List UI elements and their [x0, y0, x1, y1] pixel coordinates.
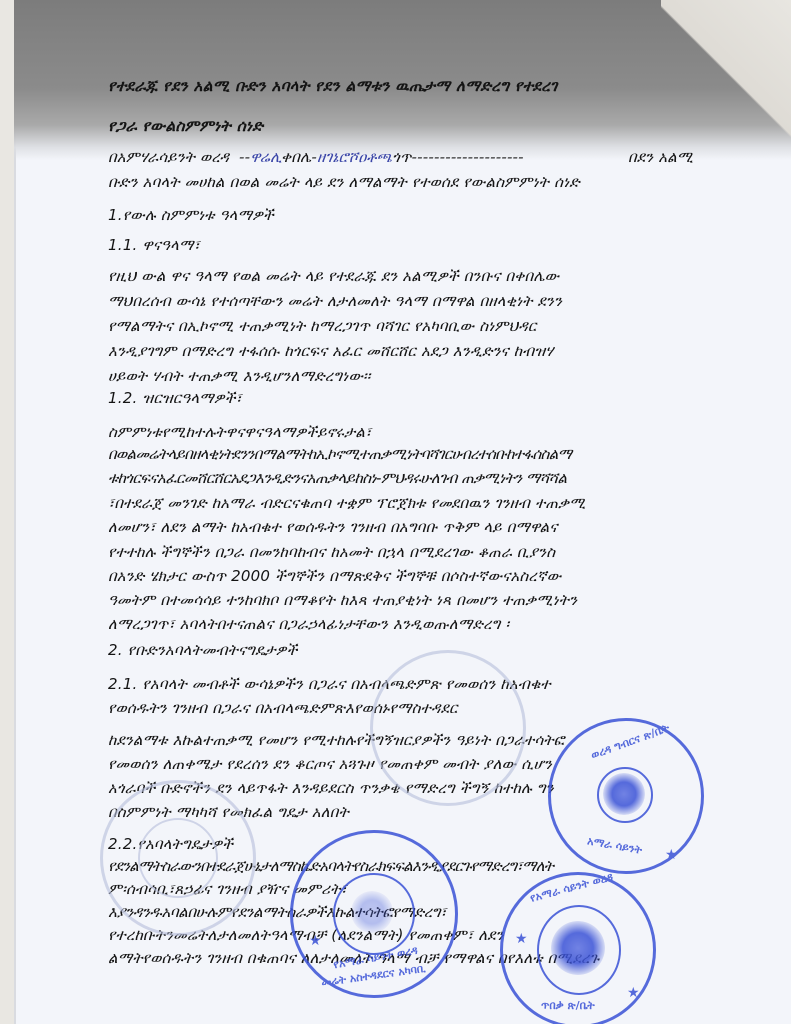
intro-prefix: በአምሃራሳይንት ወረዳ [108, 148, 229, 166]
star-icon: ★ [665, 847, 678, 863]
document-title-line2: የጋራ የውልስምምነት ሰነድ [108, 117, 708, 136]
stamp-label-bottom: አማራ ሳይንት [586, 834, 643, 857]
faint-stamp [100, 780, 256, 936]
section-1-heading: 1.የውሉ ስምምነቱ ዓላማዎች [108, 206, 708, 224]
star-icon: ★ [309, 933, 322, 949]
official-stamp-protection: ★ ★ የአማራ ሳይንት ወረዳ ጥበቃ ጽ/ቤት [500, 872, 656, 1024]
intro-suffix: በደን አልሚ [628, 148, 693, 166]
gote-label: ጎጥ [392, 148, 411, 166]
emblem-icon [351, 891, 393, 933]
section-1-2-line: ለመሆን፣ ለደን ልማት ከአብቁተ የወሰዱትን ገንዘብ በአግባቡ ጥቅ… [108, 518, 708, 536]
section-1-1-line: የማልማትና በኢኮኖሚ ተጠቃሚነት ከማረጋገጥ ባሻገር የአካባቢው ስ… [108, 317, 708, 335]
section-1-1-heading: 1.1. ዋናዓላማ፣ [108, 236, 708, 254]
official-stamp-land-admin: ★ የአማራ ሳይንት ወረዳ መሬት አስተዳደርና አካባቢ [290, 830, 458, 998]
star-icon: ★ [627, 985, 640, 1001]
section-1-2-line: ቱከጎርፍናአፈርመሸርሸርአደጋእንዲድንናአጠቃላይከስነ-ምህዳሩሁለገብ… [108, 469, 708, 487]
stamp-label-bottom: ጥበቃ ጽ/ቤት [541, 999, 595, 1013]
section-1-1-line: ማህበረሰብ ውሳኔ የተሰጣቸውን መሬት ለታለመለት ዓላማ በማዋል በ… [108, 292, 708, 310]
section-2-heading: 2. የቡድንአባላትመብትናግዴታዎች [108, 641, 708, 659]
official-stamp-agriculture: ወረዳ ግብርና ጽ/ቤት አማራ ሳይንት ★ [548, 718, 704, 874]
section-1-2-line: ፣በተደራጀ መንገድ ከአማራ ብድርናቁጠባ ተቋም ፕሮጀክቱ የመደበዉ… [108, 494, 708, 512]
section-1-2-line: የተተከሉ ችግኞችን በጋራ በመንከባከብና ከአመት በኋላ በሚደረገው… [108, 543, 708, 561]
stamp-label-top: ወረዳ ግብርና ጽ/ቤት [589, 721, 671, 762]
section-1-2-heading: 1.2. ዝርዝርዓላማዎች፣ [108, 389, 708, 407]
faint-stamp [370, 650, 526, 806]
section-1-2-line: በወልመሬትላይበዘላቂነትደንንበማልማትከኢኮኖሚተጠቃሚነትባሻገርሀብረ… [108, 445, 708, 463]
intro-line1: በአምሃራሳይንት ወረዳ --ዋሬሊቀበሌ-ዘገኔሮሾዐቶጫጎጥ-------… [108, 148, 708, 166]
kebele-label: ቀበሌ [281, 148, 311, 166]
section-1-1-line: የዚህ ውል ዋና ዓላማ የወል መሬት ላይ የተደራጁ ደን አልሚዎች … [108, 267, 708, 285]
section-1-2-line: ዓመትም በተመሳሳይ ተንከባክቦ በማቆየት ከእጻ ተጠያቂነት ነጻ በ… [108, 591, 708, 609]
emblem-icon [551, 921, 605, 975]
section-1-2-line: ስምምነቱየሚከተሉትዋናዋናዓላማዎችይኖሩታል፣ [108, 423, 708, 441]
star-icon: ★ [515, 931, 528, 947]
section-1-2-line: ለማረጋገጥ፣ አባላትበተናጠልና በጋራኃላፊነታቸውን እንዲወጡለማድረ… [108, 615, 708, 633]
woreda-handwritten: ዋሬሊ [250, 148, 281, 166]
intro-line2: ቡድን አባላት መሀከል በወል መሬት ላይ ደን ለማልማት የተወሰደ … [108, 173, 708, 191]
section-1-1-line: እንዲያገግም በማድረግ ተፋሰሱ ከጎርፍና አፈር መሸርሸር አደጋ እ… [108, 342, 708, 360]
emblem-icon [603, 773, 645, 815]
section-1-2-line: በአንድ ሄክታር ውስጥ 2000 ችግኞችን በማጽደቅና ችግኞቹ በሶስ… [108, 567, 708, 585]
kebele-handwritten: ዘገኔሮሾዐቶጫ [317, 148, 392, 166]
section-1-1-line: ሀይወት ሃብት ተጠቃሚ እንዲሆንለማድረግነው፡፡ [108, 367, 708, 385]
document-title-line1: የተደራጁ የደን አልሚ ቡድን አባላት የደን ልማቱን ዉጤታማ ለማድ… [108, 77, 708, 96]
